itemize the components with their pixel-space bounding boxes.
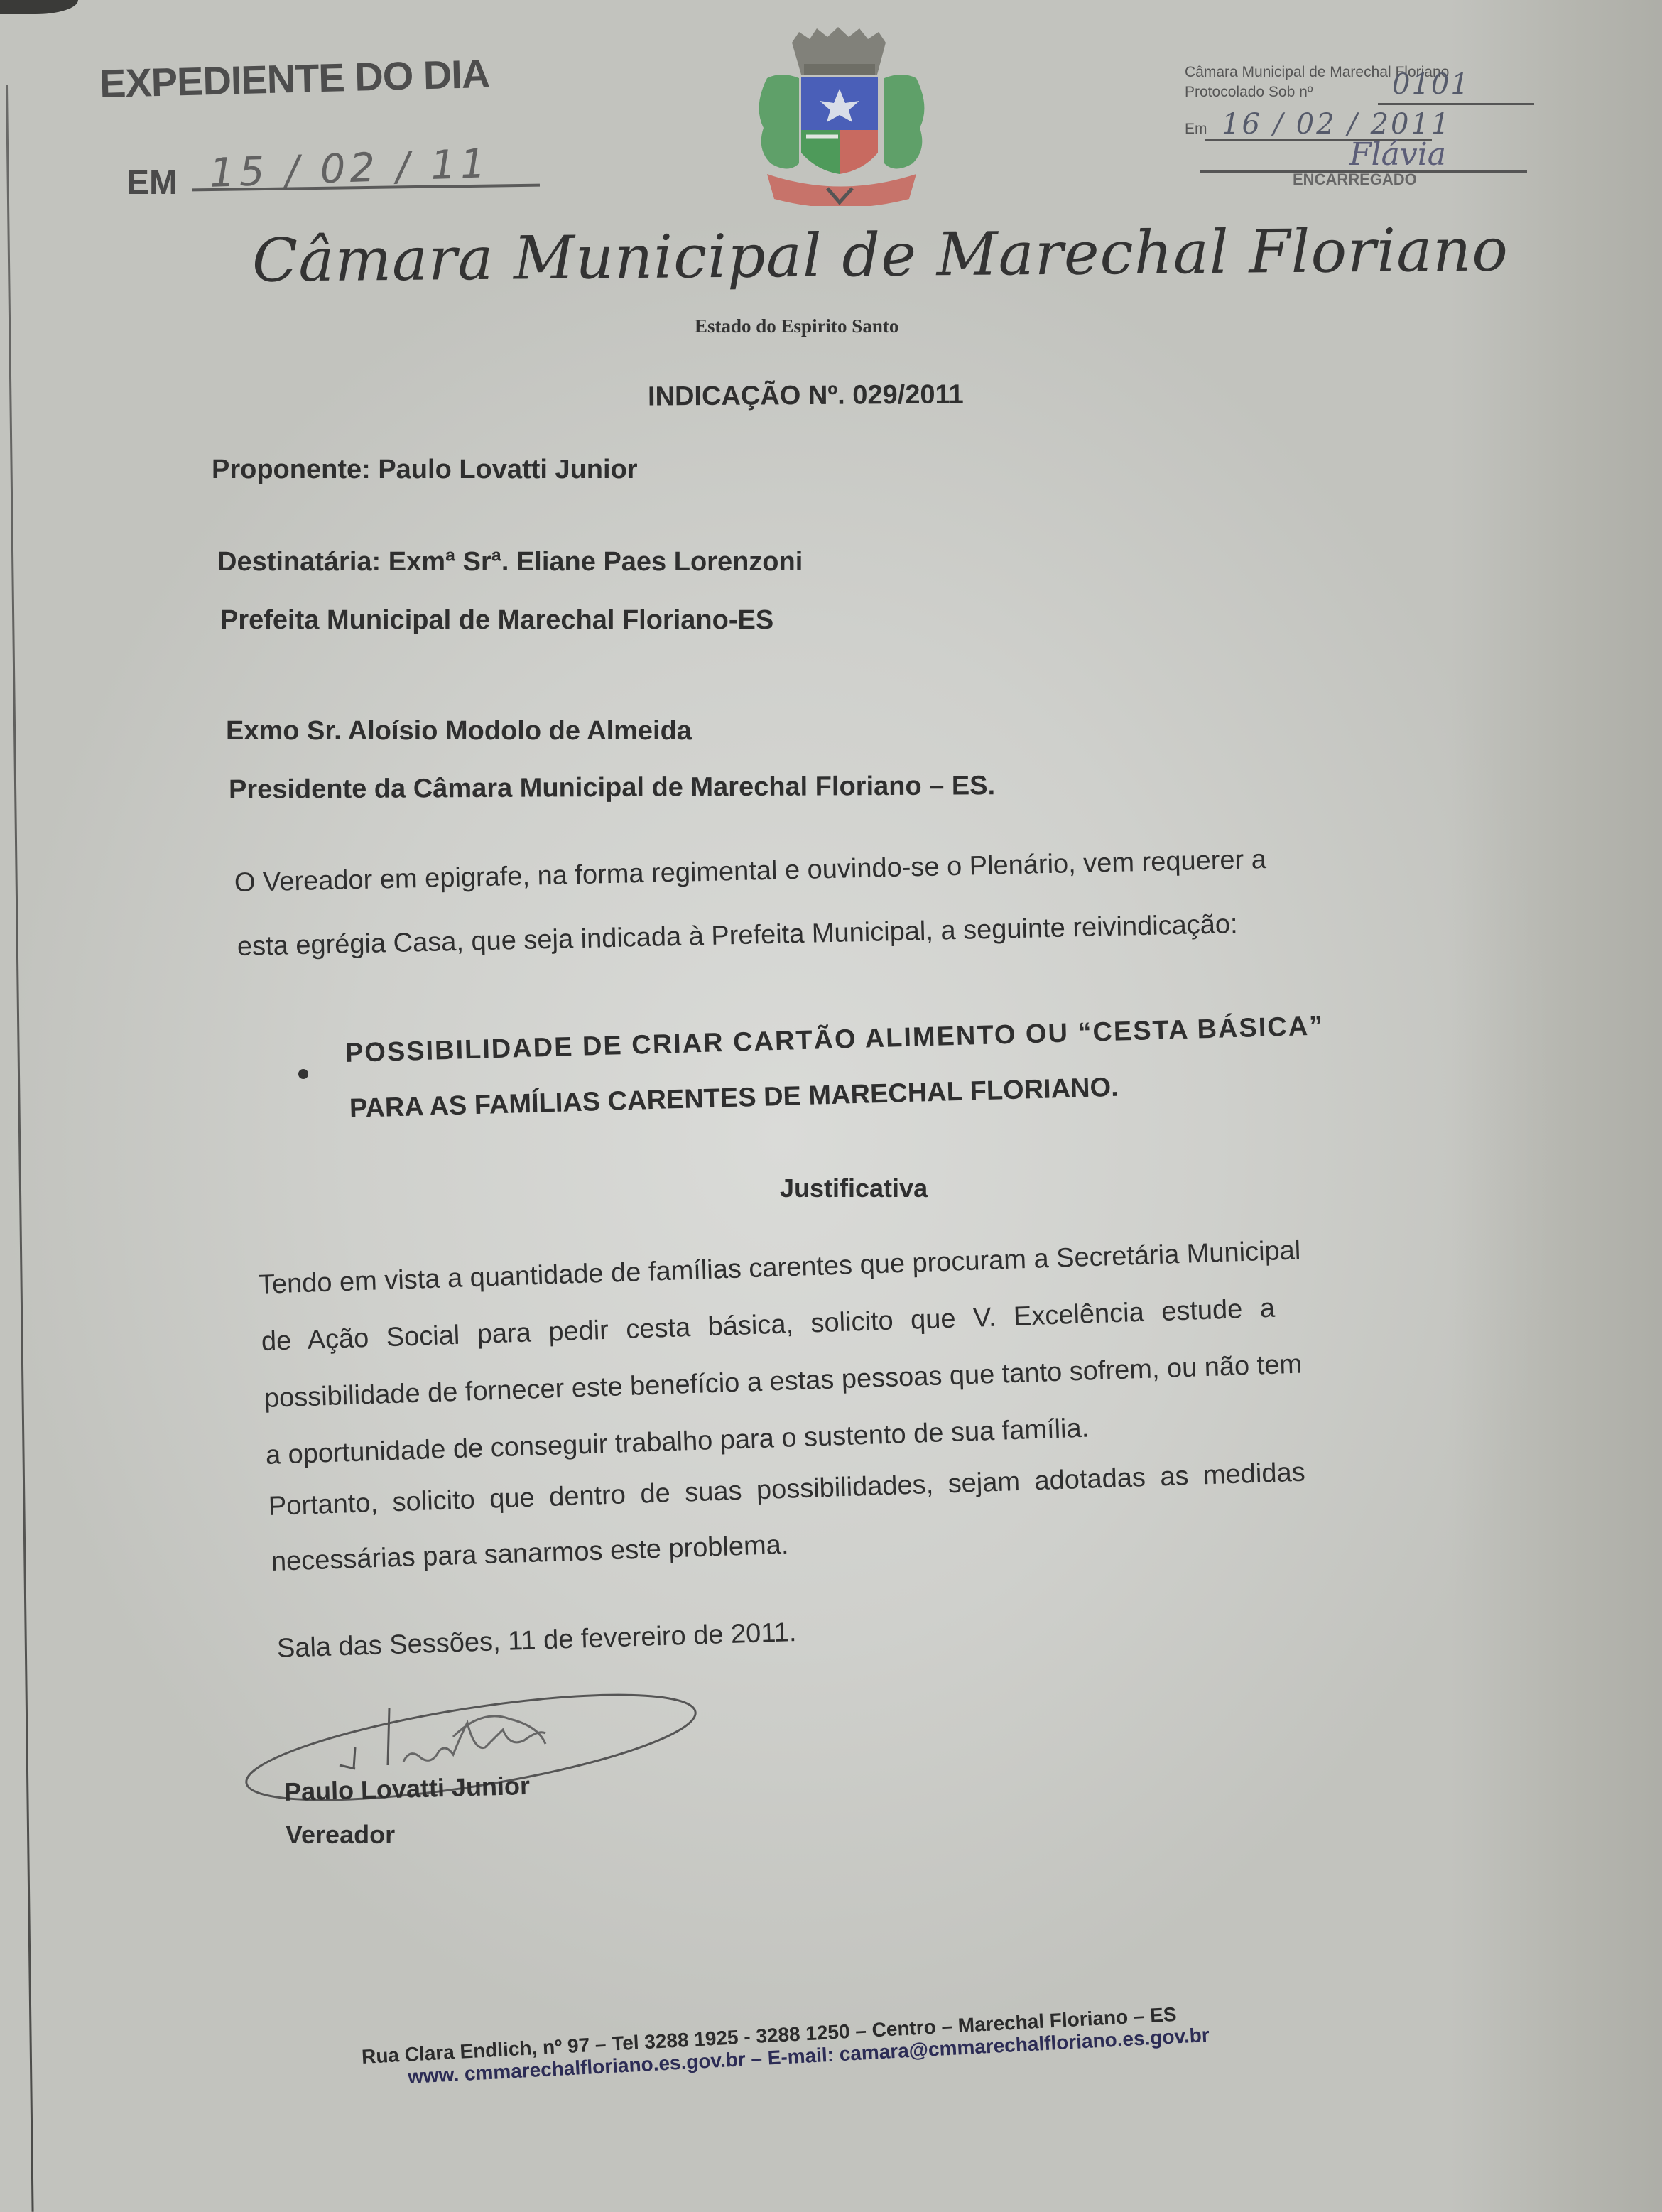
justification-line-4: a oportunidade de conseguir trabalho par… — [265, 1414, 1090, 1471]
request-line-2: PARA AS FAMÍLIAS CARENTES DE MARECHAL FL… — [349, 1073, 1119, 1124]
president-line-1: Exmo Sr. Aloísio Modolo de Almeida — [226, 716, 692, 747]
intro-line-1: O Vereador em epigrafe, na forma regimen… — [234, 845, 1267, 899]
justification-line-3: possibilidade de fornecer este benefício… — [264, 1350, 1302, 1414]
recipient-line-2: Prefeita Municipal de Marechal Floriano-… — [220, 605, 773, 636]
organization-name: Câmara Municipal de Marechal Floriano — [252, 215, 1509, 295]
coat-of-arms-icon — [739, 21, 945, 206]
justification-heading: Justificativa — [780, 1173, 928, 1203]
proponent: Proponente: Paulo Lovatti Junior — [212, 455, 638, 485]
president-line-2: Presidente da Câmara Municipal de Marech… — [229, 771, 995, 806]
justification-line-2: de Ação Social para pedir cesta básica, … — [261, 1294, 1275, 1357]
stamp-title: EXPEDIENTE DO DIA — [99, 50, 490, 107]
closing-place-date: Sala das Sessões, 11 de fevereiro de 201… — [276, 1617, 797, 1664]
protocol-number: 0101 — [1392, 68, 1470, 101]
protocol-signature: Flávia — [1349, 136, 1446, 173]
justification-line-6: necessárias para sanarmos este problema. — [271, 1530, 789, 1578]
organization-state: Estado do Espirito Santo — [695, 315, 898, 337]
protocol-signer-role: ENCARREGADO — [1293, 170, 1417, 189]
protocol-number-line — [1378, 103, 1534, 105]
signer-role: Vereador — [286, 1820, 395, 1850]
page-shadow — [1449, 0, 1662, 2212]
document-page: EXPEDIENTE DO DIA EM 15 / 02 / 11 Câmara… — [0, 0, 1662, 2212]
page-edge-line — [6, 85, 34, 2212]
intro-line-2: esta egrégia Casa, que seja indicada à P… — [237, 909, 1239, 963]
recipient-line-1: Destinatária: Exmª Srª. Eliane Paes Lore… — [217, 547, 803, 578]
protocol-date-label: Em — [1185, 121, 1207, 138]
document-title: INDICAÇÃO Nº. 029/2011 — [648, 379, 964, 412]
justification-line-1: Tendo em vista a quantidade de famílias … — [258, 1235, 1301, 1301]
protocol-label: Protocolado Sob nº — [1185, 84, 1313, 101]
justification-line-5: Portanto, solicito que dentro de suas po… — [268, 1458, 1305, 1522]
page-corner-shadow — [0, 0, 78, 14]
request-line-1: POSSIBILIDADE DE CRIAR CARTÃO ALIMENTO O… — [344, 1012, 1324, 1069]
stamp-em-label: EM — [126, 163, 178, 202]
bullet-icon — [298, 1069, 308, 1079]
